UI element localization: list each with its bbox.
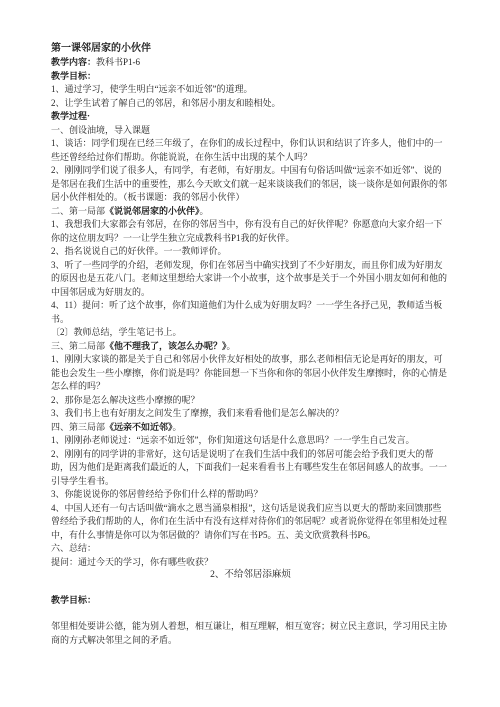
paragraph: 3、你能说说你的邻居曾经给予你们什么样的帮助吗？	[51, 488, 450, 502]
paragraph: 2、刚刚有的同学讲的非常好，这句话是说明了在我们生活中我们的邻居可能会给予我们更…	[51, 448, 450, 489]
content-value: 教科书P1-6	[96, 57, 140, 67]
paragraph: 3、听了一些同学的介绍，老师发现，你们在邻居当中确实找到了不少好朋友，而且你们成…	[51, 259, 450, 300]
section-heading-part3: 四、第三局部《远亲不如近邻》。	[51, 421, 450, 435]
paragraph: 4、11）提问：听了这个故事，你们知道他们为什么成为好朋友吗？一一学生各抒己见，…	[51, 299, 450, 326]
paragraph: 1、刚刚大家谈的都是关于自己和邻居小伙伴友好相处的故事，那么老师相信无论是再好的…	[51, 353, 450, 394]
section-heading-part2: 三、第二局部《他不理我了，该怎么办呢？》。	[51, 340, 450, 354]
goals-heading: 教学目标：	[51, 70, 450, 84]
lesson2-title: 2、不给邻居添麻烦	[51, 569, 450, 583]
process-heading: 教学过程·	[51, 110, 450, 124]
content-line: 教学内容：教科书P1-6	[51, 56, 450, 70]
paragraph: 1、刚刚孙老师说过：“远亲不如近邻”，你们知道这句话是什么意思吗？一一学生自己发…	[51, 434, 450, 448]
summary-question: 提问：通过今天的学习，你有哪些收获？	[51, 556, 450, 570]
document-page: 第一课邻居家的小伙伴 教学内容：教科书P1-6 教学目标： 1、通过学习，使学生…	[0, 0, 500, 707]
paragraph: 3、我们书上也有好朋友之间发生了摩擦，我们来看看他们是怎么解决的？	[51, 407, 450, 421]
paragraph: 2、刚刚同学们说了很多人，有同学，有老师，有好朋友。中国有句俗话叫做“远亲不如近…	[51, 164, 450, 205]
summary-heading: 六、总结：	[51, 542, 450, 556]
section-suffix: 。	[200, 206, 209, 216]
lesson2-goals-heading: 教学目标：	[51, 594, 450, 608]
goal-item: 1、通过学习，使学生明白“远亲不如近邻”的道理。	[51, 83, 450, 97]
paragraph: 4、中国人还有一句古话叫做“滴水之恩当涌泉相报”，这句话是说我们应当以更大的帮助…	[51, 502, 450, 543]
paragraph: 2、那你是怎么解决这些小摩擦的呢？	[51, 394, 450, 408]
paragraph: 2、指名说说自己的好伙伴。一一教师评价。	[51, 245, 450, 259]
section-title: 《他不理我了，该怎么办呢？》	[105, 341, 227, 351]
section-heading-part1: 二、第一局部《说说邻居家的小伙伴》。	[51, 205, 450, 219]
paragraph: 1、谈话：同学们现在已经三年级了，在你们的成长过程中，你们认识和结识了许多人，他…	[51, 137, 450, 164]
goal-item: 2、让学生试着了解自己的邻居，和邻居小朋友和睦相处。	[51, 97, 450, 111]
section-title: 《远亲不如近邻》	[105, 422, 173, 432]
lesson2-goals-paragraph: 邻里相处要讲公德，能为别人着想，相互谦让，相互理解，相互宽容；树立民主意识，学习…	[51, 620, 450, 647]
section-prefix: 三、第二局部	[51, 341, 105, 351]
section-title: 《说说邻居家的小伙伴》	[105, 206, 200, 216]
paragraph: 一、创设油境，导入课题	[51, 124, 450, 138]
content-label: 教学内容：	[51, 57, 96, 67]
section-prefix: 二、第一局部	[51, 206, 105, 216]
section-suffix: 。	[227, 341, 236, 351]
paragraph: 1、我想我们大家都会有邻居，在你的邻居当中，你有没有自己的好伙伴呢？你愿意向大家…	[51, 218, 450, 245]
section-prefix: 四、第三局部	[51, 422, 105, 432]
lesson1-title: 第一课邻居家的小伙伴	[51, 42, 450, 56]
section-suffix: 。	[173, 422, 182, 432]
teacher-note: 〔2〕教师总结，学生笔记书上。	[51, 326, 450, 340]
